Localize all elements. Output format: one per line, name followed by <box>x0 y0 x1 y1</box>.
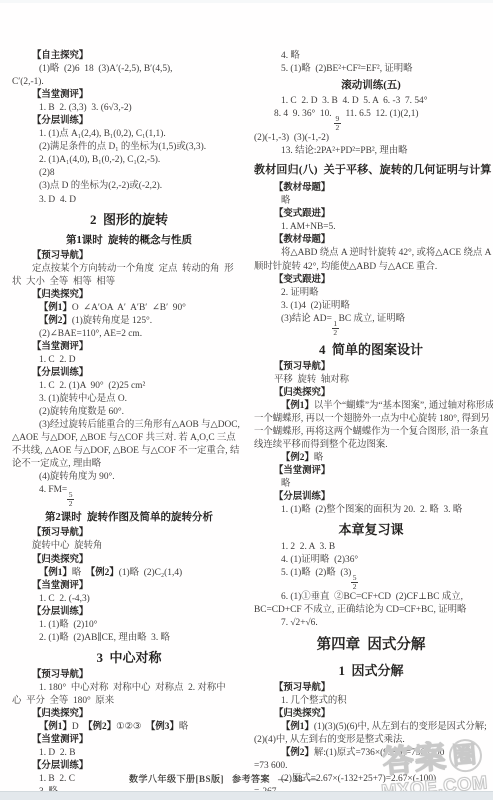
text-line: 【预习导航】 <box>254 361 488 374</box>
text-line: =73 600. <box>254 760 488 773</box>
text-line: 【例1】(1)(3)(5)(6)中, 从左到右的变形是因式分解; <box>254 721 488 734</box>
text-line: 论不一定成立, 理由略 <box>12 458 246 471</box>
section-heading: 1 因式分解 <box>254 658 488 682</box>
text-line: 【分层训练】 <box>12 606 246 619</box>
text-line: 【预习导航】 <box>12 669 246 682</box>
text-line: (2)满足条件的点 D₁ 的坐标为(1,5)或(3,3). <box>12 141 246 154</box>
footer-book-title: 数学八年级下册[BS版] <box>129 774 224 784</box>
text-line: 【当堂测评】 <box>12 89 246 102</box>
text-line: 平移 旋转 轴对称 <box>254 374 488 387</box>
text-line: (4)旋转角度为 90°. <box>12 471 246 484</box>
text-line: 2. 证明略 <box>254 287 488 300</box>
text-line: 【例1】O ∠A′OA A′ A′B′ ∠B′ 90° <box>12 302 246 315</box>
text-line: 【归类探究】 <box>12 289 246 302</box>
text-line: 6. (1)①垂直 ②BC=CF+CD (2)CF⊥BC 成立, <box>254 591 488 604</box>
text-line: 【预习导航】 <box>12 250 246 263</box>
text-line: 4. (1)证明略 (2)36° <box>254 554 488 567</box>
text-line: 【教材母题】 <box>254 234 488 247</box>
text-line: 略 <box>254 195 488 208</box>
text-line: 【例2】(1)旋转角度是 125°. <box>12 315 246 328</box>
stacked-fraction: 52 <box>67 491 74 508</box>
footer-page-number: — 38 — <box>278 774 318 784</box>
text-line: 1. B 2. (3,3) 3. (6√3,-2) <box>12 102 246 115</box>
text-line: 【归类探究】 <box>12 708 246 721</box>
section-heading: 教材回归(八) 关于平移、旋转的几何证明与计算 <box>254 158 488 182</box>
content-columns: 【自主探究】(1)略 (2)6 18 (3)A′(-2,5), B′(4,5),… <box>12 50 488 770</box>
text-line: 【当堂测评】 <box>12 734 246 747</box>
text-line: (2)(-1,-3) (3)(-1,-2) <box>254 132 488 145</box>
stacked-fraction: 52 <box>351 574 358 591</box>
text-line: 4. FM=52 <box>12 484 246 508</box>
text-line: 定点按某个方向转动一个角度 定点 转动的角 形 <box>12 263 246 276</box>
text-line: 【自主探究】 <box>12 50 246 63</box>
text-line: 3. (1)旋转中心是点 O. <box>12 393 246 406</box>
text-line: 1. C 2. (1)A 90° (2)25 cm² <box>12 380 246 393</box>
section-heading: 第2课时 旋转作图及简单的旋转分析 <box>12 508 246 527</box>
text-line: △AOE 与△DOF, △BOE 与△COF 共三对. 若 A,O,C 三点 <box>12 432 246 445</box>
text-line: 7. √2+√6. <box>254 617 488 630</box>
text-line: (3)点 D 的坐标为(2,-2)或(-2,2). <box>12 180 246 193</box>
text-line: (2)(4)中, 从左到右的变形是整式乘法. <box>254 734 488 747</box>
stacked-fraction: 12 <box>332 320 339 337</box>
text-line: 【当堂测评】 <box>12 580 246 593</box>
text-line: 2. (1)A₁(4,0), B₁(0,-2), C₁(2,-5). <box>12 154 246 167</box>
text-line: 顺时针旋转 42°, 均能使△ABD 与△ACE 重合. <box>254 261 488 274</box>
text-line: 旋转中心 旋转角 <box>12 540 246 553</box>
text-line: (2)旋转角度数是 60°. <box>12 406 246 419</box>
text-line: 3. D 4. D <box>12 194 246 207</box>
text-line: 1. 几个整式的积 <box>254 695 488 708</box>
text-line: 3. (1)4 (2)证明略 <box>254 300 488 313</box>
text-line: 1. 180° 中心对称 对称中心 对称点 2. 对称中 <box>12 682 246 695</box>
text-line: 【例1】以半个“蝴蝶”为“基本图案”, 通过轴对称形成 <box>254 400 488 413</box>
text-line: 【归类探究】 <box>254 708 488 721</box>
page-bottom-edge <box>0 791 493 800</box>
text-line: 心 平分 全等 180° 原来 <box>12 695 246 708</box>
text-line: 【归类探究】 <box>254 387 488 400</box>
section-heading: 2 图形的旋转 <box>12 207 246 231</box>
text-line: 【分层训练】 <box>12 115 246 128</box>
section-heading: 滚动训练(五) <box>254 76 488 95</box>
text-line: 1. D 2. B <box>12 747 246 760</box>
text-line: (3)经过旋转后能重合的三角形有△AOB 与△DOC, <box>12 419 246 432</box>
text-line: 【当堂测评】 <box>12 341 246 354</box>
text-line: 2. (1)略 (2)AB∥CE, 理由略 3. 略 <box>12 632 246 645</box>
text-line: (2)8 <box>12 167 246 180</box>
text-line: 1. C 2. D <box>12 354 246 367</box>
text-line: 4. 略 <box>254 50 488 63</box>
text-line: 8. 4 9. 36° 10. 92 11. 6.5 12. (1)(2,1) <box>254 108 488 132</box>
section-heading: 4 简单的图案设计 <box>254 337 488 361</box>
text-line: 【变式跟进】 <box>254 208 488 221</box>
text-line: 【变式跟进】 <box>254 274 488 287</box>
text-line: 将△ABD 绕点 A 逆时针旋转 42°, 或将△ACE 绕点 A <box>254 247 488 260</box>
text-line: (2)∠BAE=110°, AE=2 cm. <box>12 328 246 341</box>
text-line: 【当堂测评】 <box>254 465 488 478</box>
left-column: 【自主探究】(1)略 (2)6 18 (3)A′(-2,5), B′(4,5),… <box>12 50 246 770</box>
text-line: (3)结论 AD=12BC 成立, 证明略 <box>254 313 488 337</box>
text-line: 状 大小 全等 相等 相等 <box>12 276 246 289</box>
scanned-answer-page: 【自主探究】(1)略 (2)6 18 (3)A′(-2,5), B′(4,5),… <box>0 0 493 800</box>
stacked-fraction: 92 <box>334 115 341 132</box>
text-line: 不共线, △AOE 与△DOF, △BOE 与△COF 不一定重合, 结 <box>12 445 246 458</box>
footer-section-label: 参考答案 <box>232 774 270 784</box>
section-heading: 第1课时 旋转的概念与性质 <box>12 231 246 250</box>
text-line: 线连续平移而得到整个花边图案. <box>254 439 488 452</box>
text-line: 略 <box>254 478 488 491</box>
text-line: 1. 2 2. A 3. B <box>254 541 488 554</box>
text-line: 【分层训练】 <box>254 491 488 504</box>
text-line: 【分层训练】 <box>12 367 246 380</box>
text-line: 5. (1)略 (2)略 (3)52 <box>254 567 488 591</box>
text-line: 1. AM+NB=5. <box>254 221 488 234</box>
text-line: 1. (1)略 (2)10° <box>12 619 246 632</box>
section-heading: 本章复习课 <box>254 517 488 541</box>
text-line: (1)略 (2)6 18 (3)A′(-2,5), B′(4,5), <box>12 63 246 76</box>
text-line: 1. C 2. (-4,3) <box>12 593 246 606</box>
text-line: 【教材母题】 <box>254 182 488 195</box>
text-line: 一个蝴蝶形, 再将这两个蝴蝶作为一个复合图形, 沿一条直 <box>254 426 488 439</box>
section-heading: 第四章 因式分解 <box>254 631 488 658</box>
page-top-edge <box>0 0 493 3</box>
text-line: 【归类探究】 <box>12 554 246 567</box>
section-heading: 3 中心对称 <box>12 645 246 669</box>
text-line: 1. C 2. D 3. B 4. D 5. A 6. -3 7. 54° <box>254 95 488 108</box>
text-line: 1. (1)点 A₁(2,4), B₁(0,2), C₁(1,1). <box>12 128 246 141</box>
text-line: C′(2,-1). <box>12 76 246 89</box>
text-line: 【例1】D 【例2】①②③ 【例3】略 <box>12 721 246 734</box>
text-line: 【例2】略 <box>254 452 488 465</box>
text-line: BC=CD+CF 不成立, 正确结论为 CD=CF+BC, 证明略 <box>254 604 488 617</box>
right-column: 4. 略5. (1)略 (2)BE²+CF²=EF², 证明略滚动训练(五)1.… <box>254 50 488 770</box>
text-line: 5. (1)略 (2)BE²+CF²=EF², 证明略 <box>254 63 488 76</box>
text-line: 【预习导航】 <box>12 527 246 540</box>
text-line: 【例1】略 【例2】(1)略 (2)C₂(1,4) <box>12 567 246 580</box>
text-line: 13. 结论:2PA²+PD²=PB², 理由略 <box>254 145 488 158</box>
text-line: 【预习导航】 <box>254 682 488 695</box>
text-line: 一个蝴蝶形, 再以一个翅膀外一点为中心旋转 180°, 得到另 <box>254 413 488 426</box>
page-footer: 数学八年级下册[BS版]参考答案— 38 — <box>0 772 447 785</box>
text-line: 【例2】解:(1)原式=736×(95+5)=736×100 <box>254 747 488 760</box>
text-line: 1. (1)略 (2)整个图案的面积为 20. 2. 略 3. 略 <box>254 504 488 517</box>
